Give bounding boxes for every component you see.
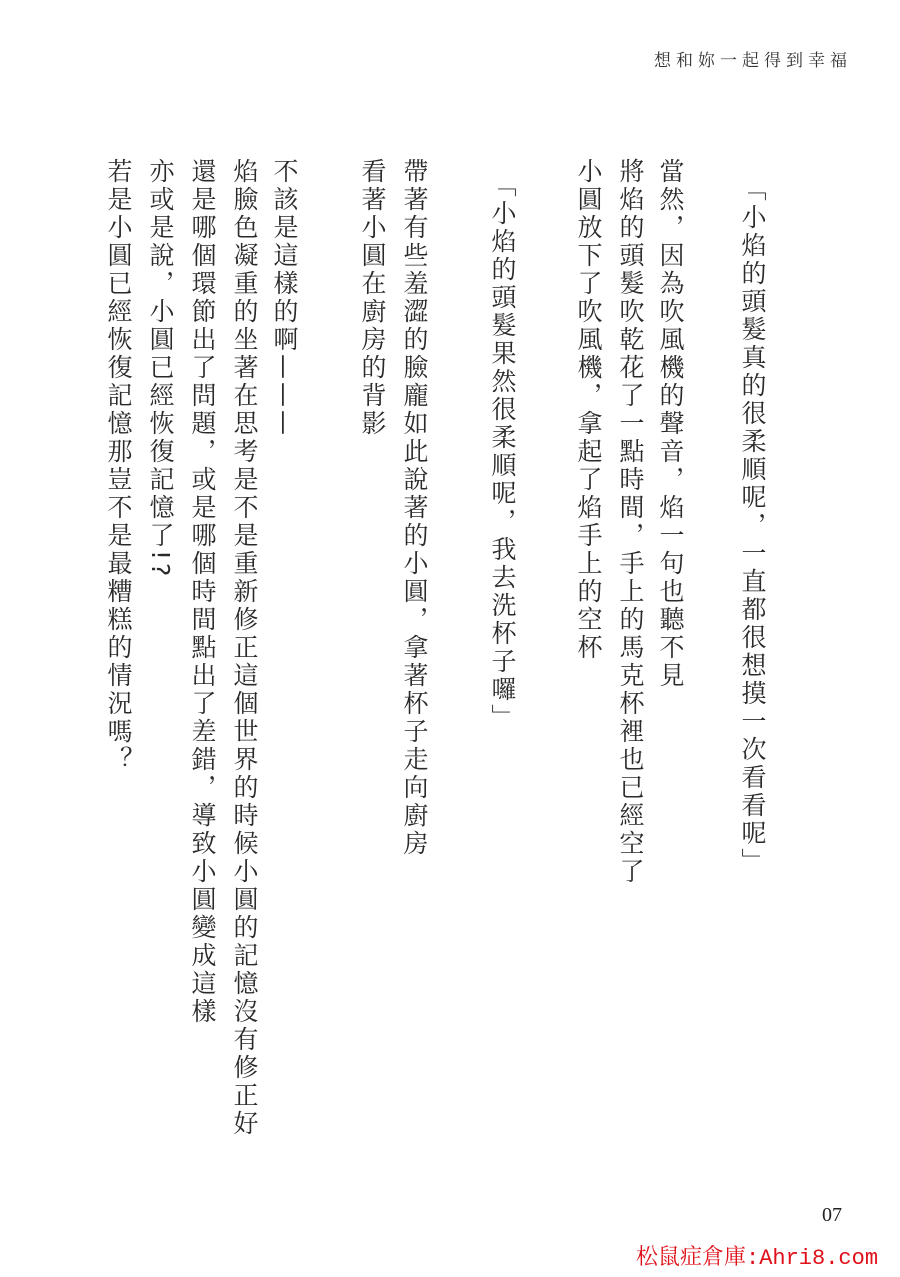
text-column: 「小焰的頭髮果然很柔順呢，我去洗杯子囉」 — [487, 172, 517, 732]
page-number: 07 — [822, 1204, 842, 1227]
text-column: 帶著有些羞澀的臉龐如此說著的小圓，拿著杯子走向廚房 — [399, 158, 429, 858]
text-column: 若是小圓已經恢復記憶那豈不是最糟糕的情況嗎？ — [103, 158, 133, 774]
text-column: 看著小圓在廚房的背影 — [357, 158, 387, 438]
text-column: 不該是這樣的啊——— — [269, 158, 299, 438]
text-column: 焰臉色凝重的坐著在思考是不是重新修正這個世界的時候小圓的記憶沒有修正好 — [229, 158, 259, 1138]
text-column: 還是哪個環節出了問題，或是哪個時間點出了差錯，導致小圓變成這樣 — [187, 158, 217, 1026]
text-column: 當然，因為吹風機的聲音，焰一句也聽不見 — [655, 158, 685, 690]
header-title: 想和妳一起得到幸福 — [654, 46, 852, 71]
text-column: 亦或是說，小圓已經恢復記憶了!? — [145, 158, 175, 579]
text-column: 將焰的頭髮吹乾花了一點時間，手上的馬克杯裡也已經空了 — [615, 158, 645, 886]
text-column: 小圓放下了吹風機，拿起了焰手上的空杯 — [573, 158, 603, 662]
watermark: 松鼠症倉庫:Ahri8.com — [636, 1240, 878, 1271]
text-column: 「小焰的頭髮真的很柔順呢，一直都很想摸一次看看呢」 — [737, 176, 767, 876]
